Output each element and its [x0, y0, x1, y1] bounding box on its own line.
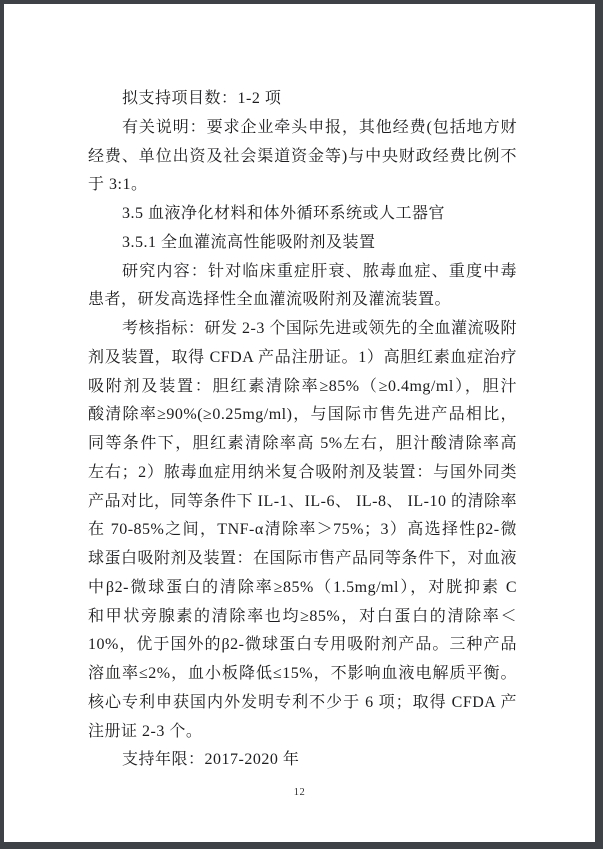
- text-line: 同等条件下，胆红素清除率高 5%左右，胆汁酸清除率高 10%: [88, 430, 517, 459]
- text-line: 研究内容：针对临床重症肝衰、脓毒血症、重度中毒等: [88, 258, 517, 287]
- text-line: 拟支持项目数：1-2 项: [88, 85, 517, 114]
- document-page: 拟支持项目数：1-2 项有关说明：要求企业牵头申报，其他经费(包括地方财政经费、…: [4, 4, 595, 842]
- text-line: 核心专利申获国内外发明专利不少于 6 项；取得 CFDA 产品: [88, 689, 517, 718]
- text-line: 经费、单位出资及社会渠道资金等)与中央财政经费比例不低: [88, 143, 517, 172]
- text-line: 左右；2）脓毒血症用纳米复合吸附剂及装置：与国外同类: [88, 459, 517, 488]
- document-text-block: 拟支持项目数：1-2 项有关说明：要求企业牵头申报，其他经费(包括地方财政经费、…: [88, 85, 517, 775]
- text-line: 有关说明：要求企业牵头申报，其他经费(包括地方财政: [88, 114, 517, 143]
- viewer-background: { "colors": { "frame": "#3e4145", "paper…: [0, 0, 603, 849]
- text-line: 支持年限：2017-2020 年: [88, 746, 517, 775]
- text-line: 患者，研发高选择性全血灌流吸附剂及灌流装置。: [88, 286, 517, 315]
- text-line: 注册证 2-3 个。: [88, 718, 517, 747]
- text-line: 和甲状旁腺素的清除率也均≥85%，对白蛋白的清除率＜: [88, 603, 517, 632]
- text-line: 于 3:1。: [88, 171, 517, 200]
- text-line: 中β2-微球蛋白的清除率≥85%（1.5mg/ml），对胱抑素 C: [88, 574, 517, 603]
- text-line: 3.5.1 全血灌流高性能吸附剂及装置: [88, 229, 517, 258]
- text-line: 吸附剂及装置：胆红素清除率≥85%（≥0.4mg/ml），胆汁: [88, 373, 517, 402]
- text-line: 球蛋白吸附剂及装置：在国际市售产品同等条件下，对血液: [88, 545, 517, 574]
- text-line: 3.5 血液净化材料和体外循环系统或人工器官: [88, 200, 517, 229]
- text-line: 溶血率≤2%，血小板降低≤15%，不影响血液电解质平衡。: [88, 660, 517, 689]
- page-number: 12: [4, 786, 595, 799]
- text-line: 剂及装置，取得 CFDA 产品注册证。1）高胆红素血症治疗: [88, 344, 517, 373]
- text-line: 酸清除率≥90%(≥0.25mg/ml)，与国际市售先进产品相比，: [88, 401, 517, 430]
- text-line: 在 70-85%之间，TNF-α清除率＞75%；3）高选择性β2-微: [88, 516, 517, 545]
- text-line: 产品对比，同等条件下 IL-1、IL-6、 IL-8、 IL-10 的清除率: [88, 488, 517, 517]
- text-line: 考核指标：研发 2-3 个国际先进或领先的全血灌流吸附: [88, 315, 517, 344]
- text-line: 10%，优于国外的β2-微球蛋白专用吸附剂产品。三种产品: [88, 631, 517, 660]
